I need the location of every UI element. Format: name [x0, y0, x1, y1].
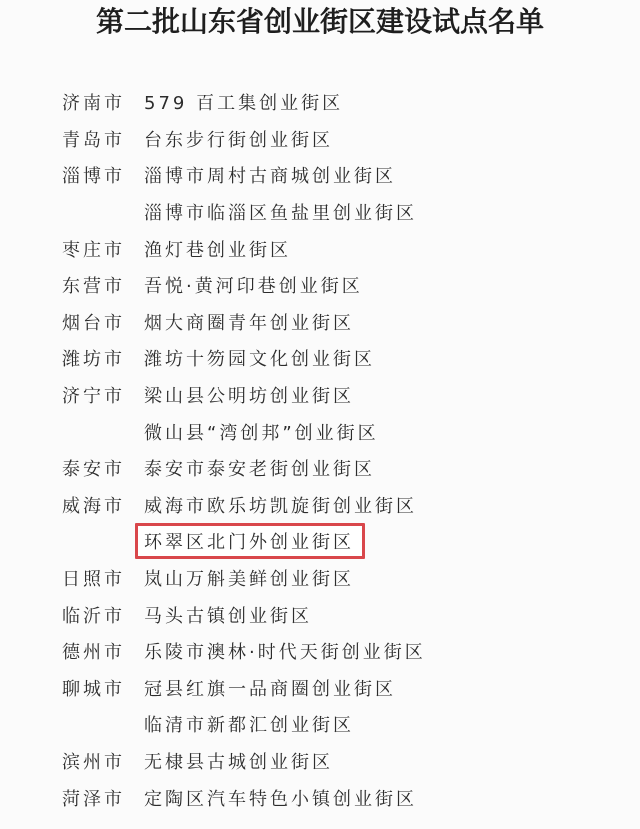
city-label: 菏泽市	[62, 785, 144, 811]
list-item: 淄博市临淄区鱼盐里创业街区	[62, 194, 622, 231]
zone-name: 淄博市临淄区鱼盐里创业街区	[144, 199, 417, 225]
city-label: 滨州市	[62, 748, 144, 774]
city-label: 威海市	[62, 492, 144, 518]
zone-name: 冠县红旗一品商圈创业街区	[144, 675, 396, 701]
zone-name: 梁山县公明坊创业街区	[144, 382, 354, 408]
zone-name: 临清市新都汇创业街区	[144, 711, 354, 737]
list-item: 滨州市 无棣县古城创业街区	[62, 743, 622, 780]
zone-name: 威海市欧乐坊凯旋街创业街区	[144, 492, 417, 518]
list-item: 威海市 威海市欧乐坊凯旋街创业街区	[62, 487, 622, 524]
list-item: 青岛市 台东步行街创业街区	[62, 121, 622, 158]
zone-name: 微山县“湾创邦”创业街区	[144, 419, 379, 445]
zone-name: 吾悦·黄河印巷创业街区	[144, 272, 363, 298]
city-label: 济南市	[62, 89, 144, 115]
list-item: 潍坊市 潍坊十笏园文化创业街区	[62, 340, 622, 377]
list-item: 日照市 岚山万斛美鲜创业街区	[62, 560, 622, 597]
list-item: 济宁市 梁山县公明坊创业街区	[62, 377, 622, 414]
city-label: 泰安市	[62, 455, 144, 481]
city-label: 济宁市	[62, 382, 144, 408]
list-item: 淄博市 淄博市周村古商城创业街区	[62, 157, 622, 194]
city-label: 聊城市	[62, 675, 144, 701]
zone-name: 定陶区汽车特色小镇创业街区	[144, 785, 417, 811]
zone-name: 烟大商圈青年创业街区	[144, 309, 354, 335]
list-item: 烟台市 烟大商圈青年创业街区	[62, 304, 622, 341]
city-label: 烟台市	[62, 309, 144, 335]
zone-name: 台东步行街创业街区	[144, 126, 333, 152]
zone-name: 潍坊十笏园文化创业街区	[144, 345, 375, 371]
zone-name: 岚山万斛美鲜创业街区	[144, 565, 354, 591]
city-label: 淄博市	[62, 162, 144, 188]
city-label: 德州市	[62, 638, 144, 664]
list-item: 济南市 579 百工集创业街区	[62, 84, 622, 121]
zone-name: 淄博市周村古商城创业街区	[144, 162, 396, 188]
list-item: 聊城市 冠县红旗一品商圈创业街区	[62, 670, 622, 707]
city-label: 东营市	[62, 272, 144, 298]
list-item: 临沂市 马头古镇创业街区	[62, 596, 622, 633]
pilot-list: 济南市 579 百工集创业街区 青岛市 台东步行街创业街区 淄博市 淄博市周村古…	[62, 84, 622, 816]
list-item: 东营市 吾悦·黄河印巷创业街区	[62, 267, 622, 304]
city-label: 日照市	[62, 565, 144, 591]
zone-name: 泰安市泰安老街创业街区	[144, 455, 375, 481]
zone-name: 渔灯巷创业街区	[144, 236, 291, 262]
list-item-highlighted: 环翠区北门外创业街区	[62, 523, 622, 560]
list-item: 微山县“湾创邦”创业街区	[62, 413, 622, 450]
list-item: 德州市 乐陵市澳林·时代天街创业街区	[62, 633, 622, 670]
zone-name: 无棣县古城创业街区	[144, 748, 333, 774]
list-item: 菏泽市 定陶区汽车特色小镇创业街区	[62, 779, 622, 816]
list-item: 泰安市 泰安市泰安老街创业街区	[62, 450, 622, 487]
city-label: 临沂市	[62, 602, 144, 628]
zone-name: 乐陵市澳林·时代天街创业街区	[144, 638, 426, 664]
highlighted-zone-box: 环翠区北门外创业街区	[135, 523, 365, 559]
city-label: 青岛市	[62, 126, 144, 152]
city-label: 枣庄市	[62, 236, 144, 262]
zone-name: 马头古镇创业街区	[144, 602, 312, 628]
list-item: 临清市新都汇创业街区	[62, 706, 622, 743]
city-label: 潍坊市	[62, 345, 144, 371]
list-item: 枣庄市 渔灯巷创业街区	[62, 230, 622, 267]
zone-name: 579 百工集创业街区	[144, 89, 343, 115]
page-title: 第二批山东省创业街区建设试点名单	[0, 4, 640, 40]
